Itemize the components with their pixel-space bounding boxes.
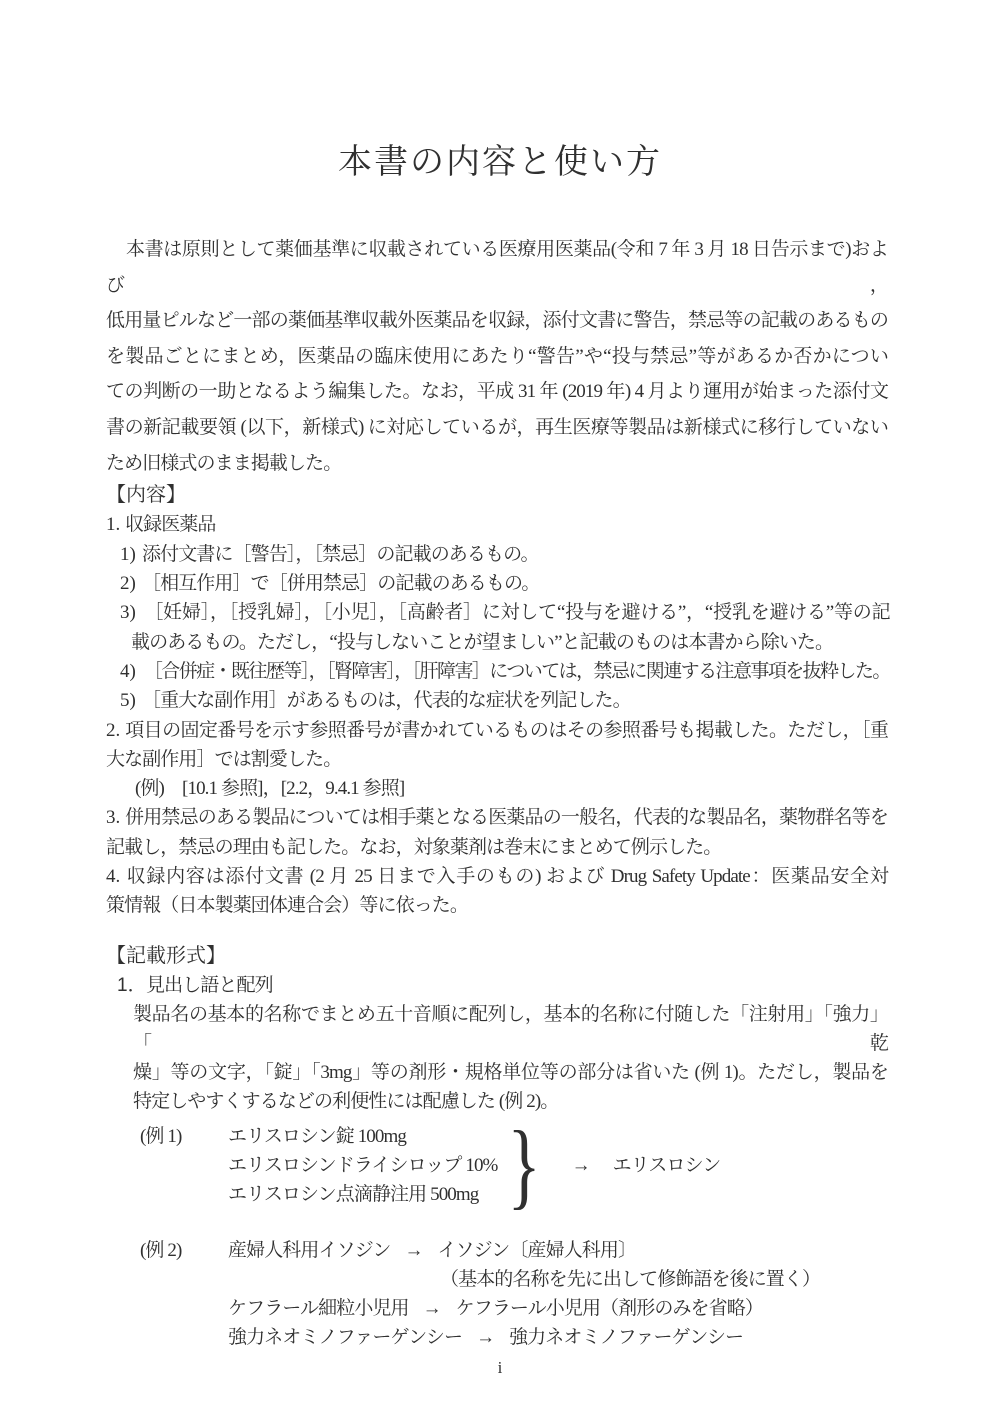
example-row: 強力ネオミノファーゲンシー→強力ネオミノファーゲンシー xyxy=(228,1323,820,1352)
item-marker: 2. xyxy=(106,716,125,745)
example-item-list: エリスロシン錠 100mg エリスロシンドライシロップ 10% エリスロシン点滴… xyxy=(228,1122,497,1209)
example-1-block: (例 1) エリスロシン錠 100mg エリスロシンドライシロップ 10% エリ… xyxy=(140,1122,888,1209)
example-right: ケフラール小児用（剤形のみを省略） xyxy=(456,1298,763,1319)
item-text: 添付文書に［警告］，［禁忌］の記載のあるもの。 xyxy=(142,544,539,565)
item-marker: 4) xyxy=(120,657,142,686)
example-2-block: (例 2) 産婦人科用イソジン→イソジン〔産婦人科用〕 （基本的名称を先に出して… xyxy=(140,1236,888,1352)
text-line: 低用量ピルなど一部の薬価基準収載外医薬品を収録，添付文書に警告，禁忌等の記載のあ… xyxy=(106,303,888,339)
item-marker: 1. xyxy=(106,510,125,539)
format-section: 【記載形式】 1．見出し語と配列 製品名の基本的名称でまとめ五十音順に配列し，基… xyxy=(106,942,888,1352)
example-item: エリスロシン点滴静注用 500mg xyxy=(228,1180,497,1209)
item-text: ［合併症・既往歴等］，［腎障害］，［肝障害］については，禁忌に関連する注意事項を… xyxy=(142,661,888,682)
example-row: 産婦人科用イソジン→イソジン〔産婦人科用〕 xyxy=(228,1236,820,1265)
right-arrow-icon: → xyxy=(476,1327,495,1348)
example-reference-line: (例) [10.1 参照]，[2.2，9.4.1 参照] xyxy=(106,774,888,803)
example-label: (例 2) xyxy=(140,1236,228,1265)
right-arrow-icon: → xyxy=(572,1151,591,1180)
list-subitem-continuation: 載のあるもの。ただし，“投与しないことが望ましい”と記載のものは本書から除いた。 xyxy=(106,628,888,657)
example-right: 強力ネオミノファーゲンシー xyxy=(509,1327,743,1348)
item-marker: 1) xyxy=(120,540,142,569)
text-line: 燥」等の文字，「錠」「3mg」等の剤形・規格単位等の部分は省いた (例 1)。た… xyxy=(133,1058,888,1087)
format-subheading: 1．見出し語と配列 xyxy=(106,971,888,1000)
content-heading: 【内容】 xyxy=(106,481,888,510)
format-heading: 【記載形式】 xyxy=(106,942,888,971)
example-left: ケフラール細粒小児用 xyxy=(228,1298,409,1319)
example-item: エリスロシンドライシロップ 10% xyxy=(228,1151,497,1180)
list-item-continuation: 策情報（日本製薬団体連合会）等に依った。 xyxy=(106,891,888,920)
item-text: 項目の固定番号を示す参照番号が書かれているものはその参照番号も掲載した。ただし，… xyxy=(125,720,888,741)
grouping-brace: } xyxy=(508,1125,541,1205)
item-text: 収録医薬品 xyxy=(125,514,216,535)
example-label: (例 1) xyxy=(140,1122,228,1151)
example-right: イソジン〔産婦人科用〕 xyxy=(437,1240,636,1261)
list-item: 4.収録内容は添付文書 (2 月 25 日まで入手のもの) および Drug S… xyxy=(106,862,888,891)
intro-paragraph: 本書は原則として薬価基準に収載されている医療用医薬品(令和 7 年 3 月 18… xyxy=(106,232,888,481)
example-result: エリスロシン xyxy=(613,1151,721,1180)
page-body: 本書は原則として薬価基準に収載されている医療用医薬品(令和 7 年 3 月 18… xyxy=(106,232,888,1352)
list-subitem: 1)添付文書に［警告］，［禁忌］の記載のあるもの。 xyxy=(106,540,888,569)
example-row: ケフラール細粒小児用→ケフラール小児用（剤形のみを省略） xyxy=(228,1294,820,1323)
list-subitem: 4)［合併症・既往歴等］，［腎障害］，［肝障害］については，禁忌に関連する注意事… xyxy=(106,657,888,686)
list-item-continuation: 大な副作用］では割愛した。 xyxy=(106,745,888,774)
example-note: （基本的名称を先に出して修飾語を後に置く） xyxy=(440,1265,820,1294)
item-text: 併用禁忌のある製品については相手薬となる医薬品の一般名，代表的な製品名，薬物群名… xyxy=(125,807,888,828)
text-line: ての判断の一助となるよう編集した。なお，平成 31 年 (2019 年) 4 月… xyxy=(106,374,888,410)
item-marker: 2) xyxy=(120,569,142,598)
list-subitem: 2)［相互作用］で［併用禁忌］の記載のあるもの。 xyxy=(106,569,888,598)
item-text: 収録内容は添付文書 (2 月 25 日まで入手のもの) および Drug Saf… xyxy=(125,866,888,887)
document-page: 本書の内容と使い方 本書は原則として薬価基準に収載されている医療用医薬品(令和 … xyxy=(0,0,1000,1419)
list-item: 3.併用禁忌のある製品については相手薬となる医薬品の一般名，代表的な製品名，薬物… xyxy=(106,803,888,832)
text-line: 製品名の基本的名称でまとめ五十音順に配列し，基本的名称に付随した「注射用」「強力… xyxy=(133,1000,888,1058)
content-section: 【内容】 1.収録医薬品 1)添付文書に［警告］，［禁忌］の記載のあるもの。 2… xyxy=(106,481,888,920)
text-line: ため旧様式のまま掲載した。 xyxy=(106,446,888,482)
item-marker: 3. xyxy=(106,803,125,832)
text-line: を製品ごとにまとめ，医薬品の臨床使用にあたり“警告”や“投与禁忌”等があるか否か… xyxy=(106,339,888,375)
item-text: ［妊婦］，［授乳婦］，［小児］，［高齢者］に対して“投与を避ける”，“授乳を避け… xyxy=(142,602,888,623)
example-left: 強力ネオミノファーゲンシー xyxy=(228,1327,462,1348)
format-paragraph: 製品名の基本的名称でまとめ五十音順に配列し，基本的名称に付随した「注射用」「強力… xyxy=(133,1000,888,1116)
list-item: 1.収録医薬品 xyxy=(106,510,888,539)
item-text: ［重大な副作用］があるものは，代表的な症状を列記した。 xyxy=(142,690,631,711)
text-line: 本書は原則として薬価基準に収載されている医療用医薬品(令和 7 年 3 月 18… xyxy=(106,232,888,303)
example-item: エリスロシン錠 100mg xyxy=(228,1122,497,1151)
example-row-list: 産婦人科用イソジン→イソジン〔産婦人科用〕 （基本的名称を先に出して修飾語を後に… xyxy=(228,1236,820,1352)
list-item-continuation: 記載し，禁忌の理由も記した。なお，対象薬剤は巻末にまとめて例示した。 xyxy=(106,833,888,862)
text-line: 書の新記載要領 (以下，新様式) に対応しているが，再生医療等製品は新様式に移行… xyxy=(106,410,888,446)
item-marker: 3) xyxy=(120,598,142,627)
example-left: 産婦人科用イソジン xyxy=(228,1240,390,1261)
list-subitem: 3)［妊婦］，［授乳婦］，［小児］，［高齢者］に対して“投与を避ける”，“授乳を… xyxy=(106,598,888,627)
item-marker: 5) xyxy=(120,686,142,715)
page-title: 本書の内容と使い方 xyxy=(0,0,1000,183)
list-subitem: 5)［重大な副作用］があるものは，代表的な症状を列記した。 xyxy=(106,686,888,715)
item-text: 見出し語と配列 xyxy=(146,975,273,996)
right-arrow-icon: → xyxy=(404,1240,423,1261)
right-arrow-icon: → xyxy=(423,1298,442,1319)
list-item: 2.項目の固定番号を示す参照番号が書かれているものはその参照番号も掲載した。ただ… xyxy=(106,716,888,745)
item-text: ［相互作用］で［併用禁忌］の記載のあるもの。 xyxy=(142,573,539,594)
item-marker: 1． xyxy=(117,971,146,1000)
item-marker: 4. xyxy=(106,862,125,891)
page-number: i xyxy=(0,1358,1000,1378)
